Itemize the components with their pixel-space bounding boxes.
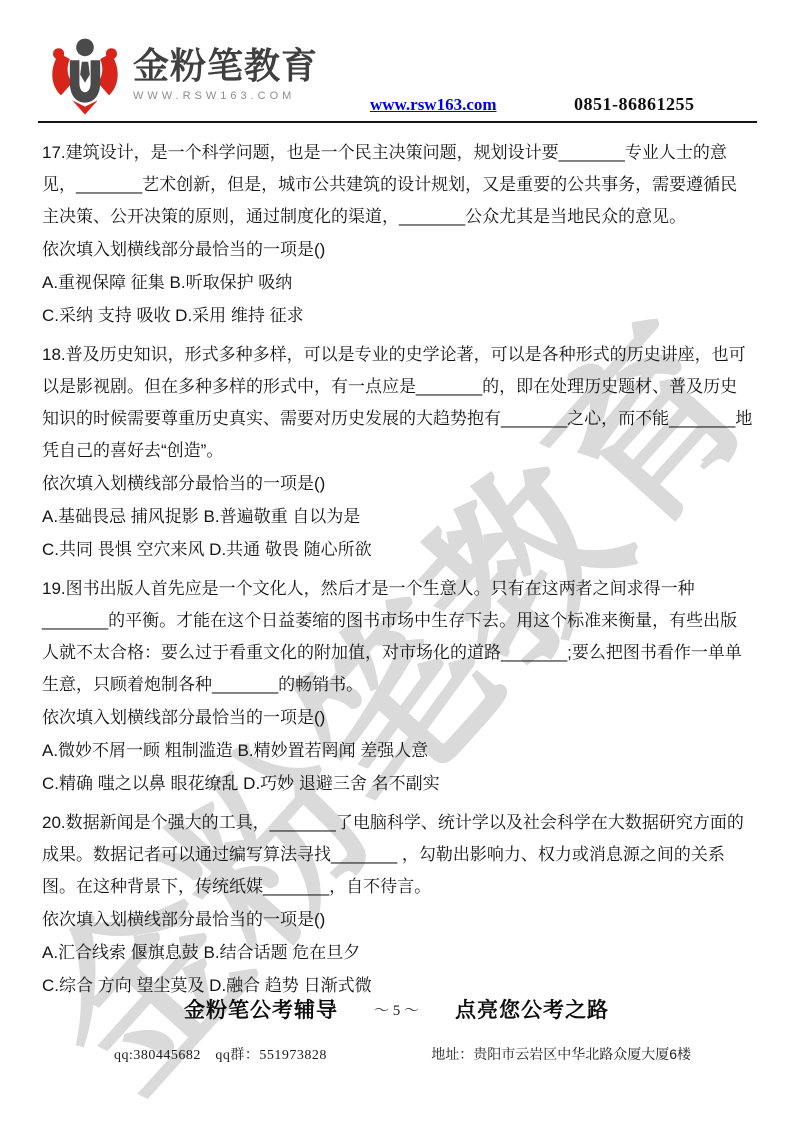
questions-section: 17.建筑设计，是一个科学问题，也是一个民主决策问题，规划设计要_______专… xyxy=(0,123,793,1002)
brand-website: WWW.RSW163.COM xyxy=(133,90,318,102)
footer-slogan: 点亮您公考之路 xyxy=(455,994,609,1024)
question-17: 17.建筑设计，是一个科学问题，也是一个民主决策问题，规划设计要_______专… xyxy=(42,137,753,332)
document-page: 金粉笔教育 金粉笔教育 WWW.RSW163.COM www.rsw163.co… xyxy=(0,0,793,1122)
brand-text-block: 金粉笔教育 WWW.RSW163.COM xyxy=(133,36,318,102)
question-stem: 20.数据新闻是个强大的工具，_______了电脑科学、统计学以及社会科学在大数… xyxy=(42,807,753,903)
brand-name: 金粉笔教育 xyxy=(133,44,318,88)
options-row-ab: A.微妙不屑一顾 粗制滥造 B.精妙置若罔闻 差强人意 xyxy=(42,735,753,767)
options-row-ab: A.重视保障 征集 B.听取保护 吸纳 xyxy=(42,267,753,299)
question-20: 20.数据新闻是个强大的工具，_______了电脑科学、统计学以及社会科学在大数… xyxy=(42,807,753,1002)
answer-prompt: 依次填入划横线部分最恰当的一项是() xyxy=(42,702,753,734)
footer: 金粉笔公考辅导 ～ 5 ～ 点亮您公考之路 xyxy=(0,994,793,1024)
footer-contact-row: qq:380445682 qq群：551973828 地址：贵阳市云岩区中华北路… xyxy=(0,1044,793,1064)
website-link[interactable]: www.rsw163.com xyxy=(370,95,497,115)
options-row-ab: A.汇合线索 偃旗息鼓 B.结合话题 危在旦夕 xyxy=(42,937,753,969)
page-number: ～ 5 ～ xyxy=(374,999,419,1020)
brand-logo-icon xyxy=(45,36,125,118)
page-header: 金粉笔教育 WWW.RSW163.COM www.rsw163.com 0851… xyxy=(38,0,757,123)
answer-prompt: 依次填入划横线部分最恰当的一项是() xyxy=(42,468,753,500)
question-stem: 19.图书出版人首先应是一个文化人，然后才是一个生意人。只有在这两者之间求得一种… xyxy=(42,573,753,701)
options-row-cd: C.共同 畏惧 空穴来风 D.共通 敬畏 随心所欲 xyxy=(42,534,753,566)
address: 地址：贵阳市云岩区中华北路众厦大厦6楼 xyxy=(431,1044,691,1064)
options-row-ab: A.基础畏忌 捕风捉影 B.普遍敬重 自以为是 xyxy=(42,501,753,533)
question-stem: 18.普及历史知识，形式多种多样，可以是专业的史学论著，可以是各种形式的历史讲座… xyxy=(42,339,753,467)
answer-prompt: 依次填入划横线部分最恰当的一项是() xyxy=(42,234,753,266)
question-18: 18.普及历史知识，形式多种多样，可以是专业的史学论著，可以是各种形式的历史讲座… xyxy=(42,339,753,566)
answer-prompt: 依次填入划横线部分最恰当的一项是() xyxy=(42,904,753,936)
question-19: 19.图书出版人首先应是一个文化人，然后才是一个生意人。只有在这两者之间求得一种… xyxy=(42,573,753,800)
footer-brand: 金粉笔公考辅导 xyxy=(184,994,338,1024)
options-row-cd: C.采纳 支持 吸收 D.采用 维持 征求 xyxy=(42,300,753,332)
phone-number: 0851-86861255 xyxy=(574,94,695,115)
qq-contact: qq:380445682 qq群：551973828 xyxy=(114,1044,327,1064)
question-stem: 17.建筑设计，是一个科学问题，也是一个民主决策问题，规划设计要_______专… xyxy=(42,137,753,233)
options-row-cd: C.精确 嗤之以鼻 眼花缭乱 D.巧妙 退避三舍 名不副实 xyxy=(42,768,753,800)
brand-logo: 金粉笔教育 WWW.RSW163.COM xyxy=(45,36,318,118)
